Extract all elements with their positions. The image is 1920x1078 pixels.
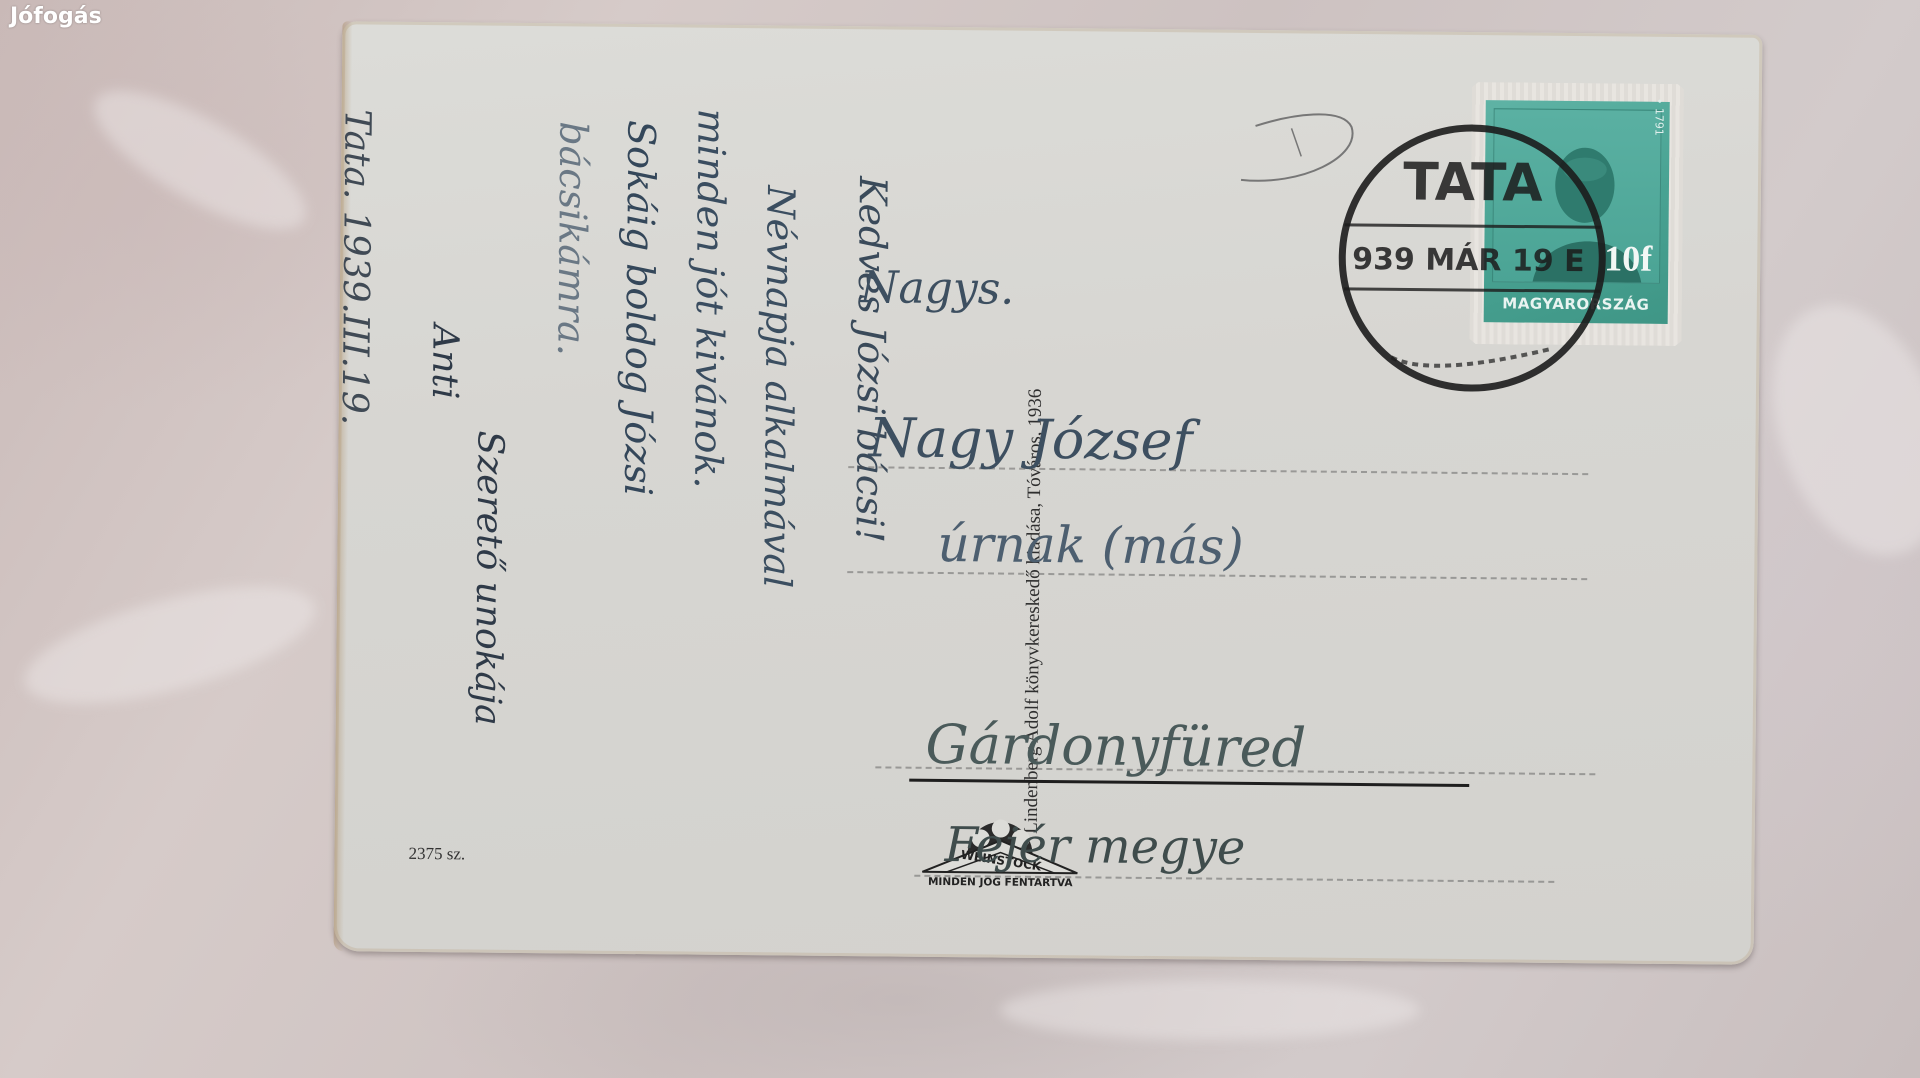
marble-background-vein	[76, 65, 324, 254]
message-body-line: Névnapja alkalmával	[755, 185, 803, 588]
message-date-line: Tata. 1939.III.19.	[334, 109, 378, 425]
marble-background-vein	[1000, 980, 1420, 1040]
destination-town: Gárdonyfüred	[925, 713, 1306, 780]
recipient-title: úrnak (más)	[937, 515, 1244, 576]
message-body-line: Sokáig boldog Józsi	[616, 120, 664, 496]
town-underline	[909, 779, 1469, 787]
postmark-town: TATA	[1403, 152, 1543, 213]
message-body-line: bácsikámra.	[549, 121, 595, 356]
postmark-date: 939 MÁR 19 E	[1352, 241, 1585, 279]
message-body-line: minden jót kivánok.	[686, 109, 734, 489]
item-number: 2375 sz.	[408, 844, 465, 865]
signature: Anti	[424, 324, 466, 400]
message-salutation: Kedves Józsi bácsi!	[848, 176, 896, 543]
postcard: Tata. 1939.III.19. Anti Szerető unokája …	[334, 21, 1763, 965]
stamp-year: • 1791	[1652, 98, 1665, 136]
destination-county: Fejér megye	[944, 817, 1245, 876]
address-salutation: Nagys.	[860, 262, 1015, 314]
postmark-cancellation: TATA 939 MÁR 19 E	[1321, 107, 1624, 410]
site-watermark: Jófogás	[10, 4, 102, 29]
signature-line: Szerető unokája	[467, 430, 511, 725]
marble-background-vein	[1740, 280, 1920, 579]
recipient-name: Nagy József	[868, 406, 1193, 472]
marble-background-vein	[13, 563, 326, 728]
